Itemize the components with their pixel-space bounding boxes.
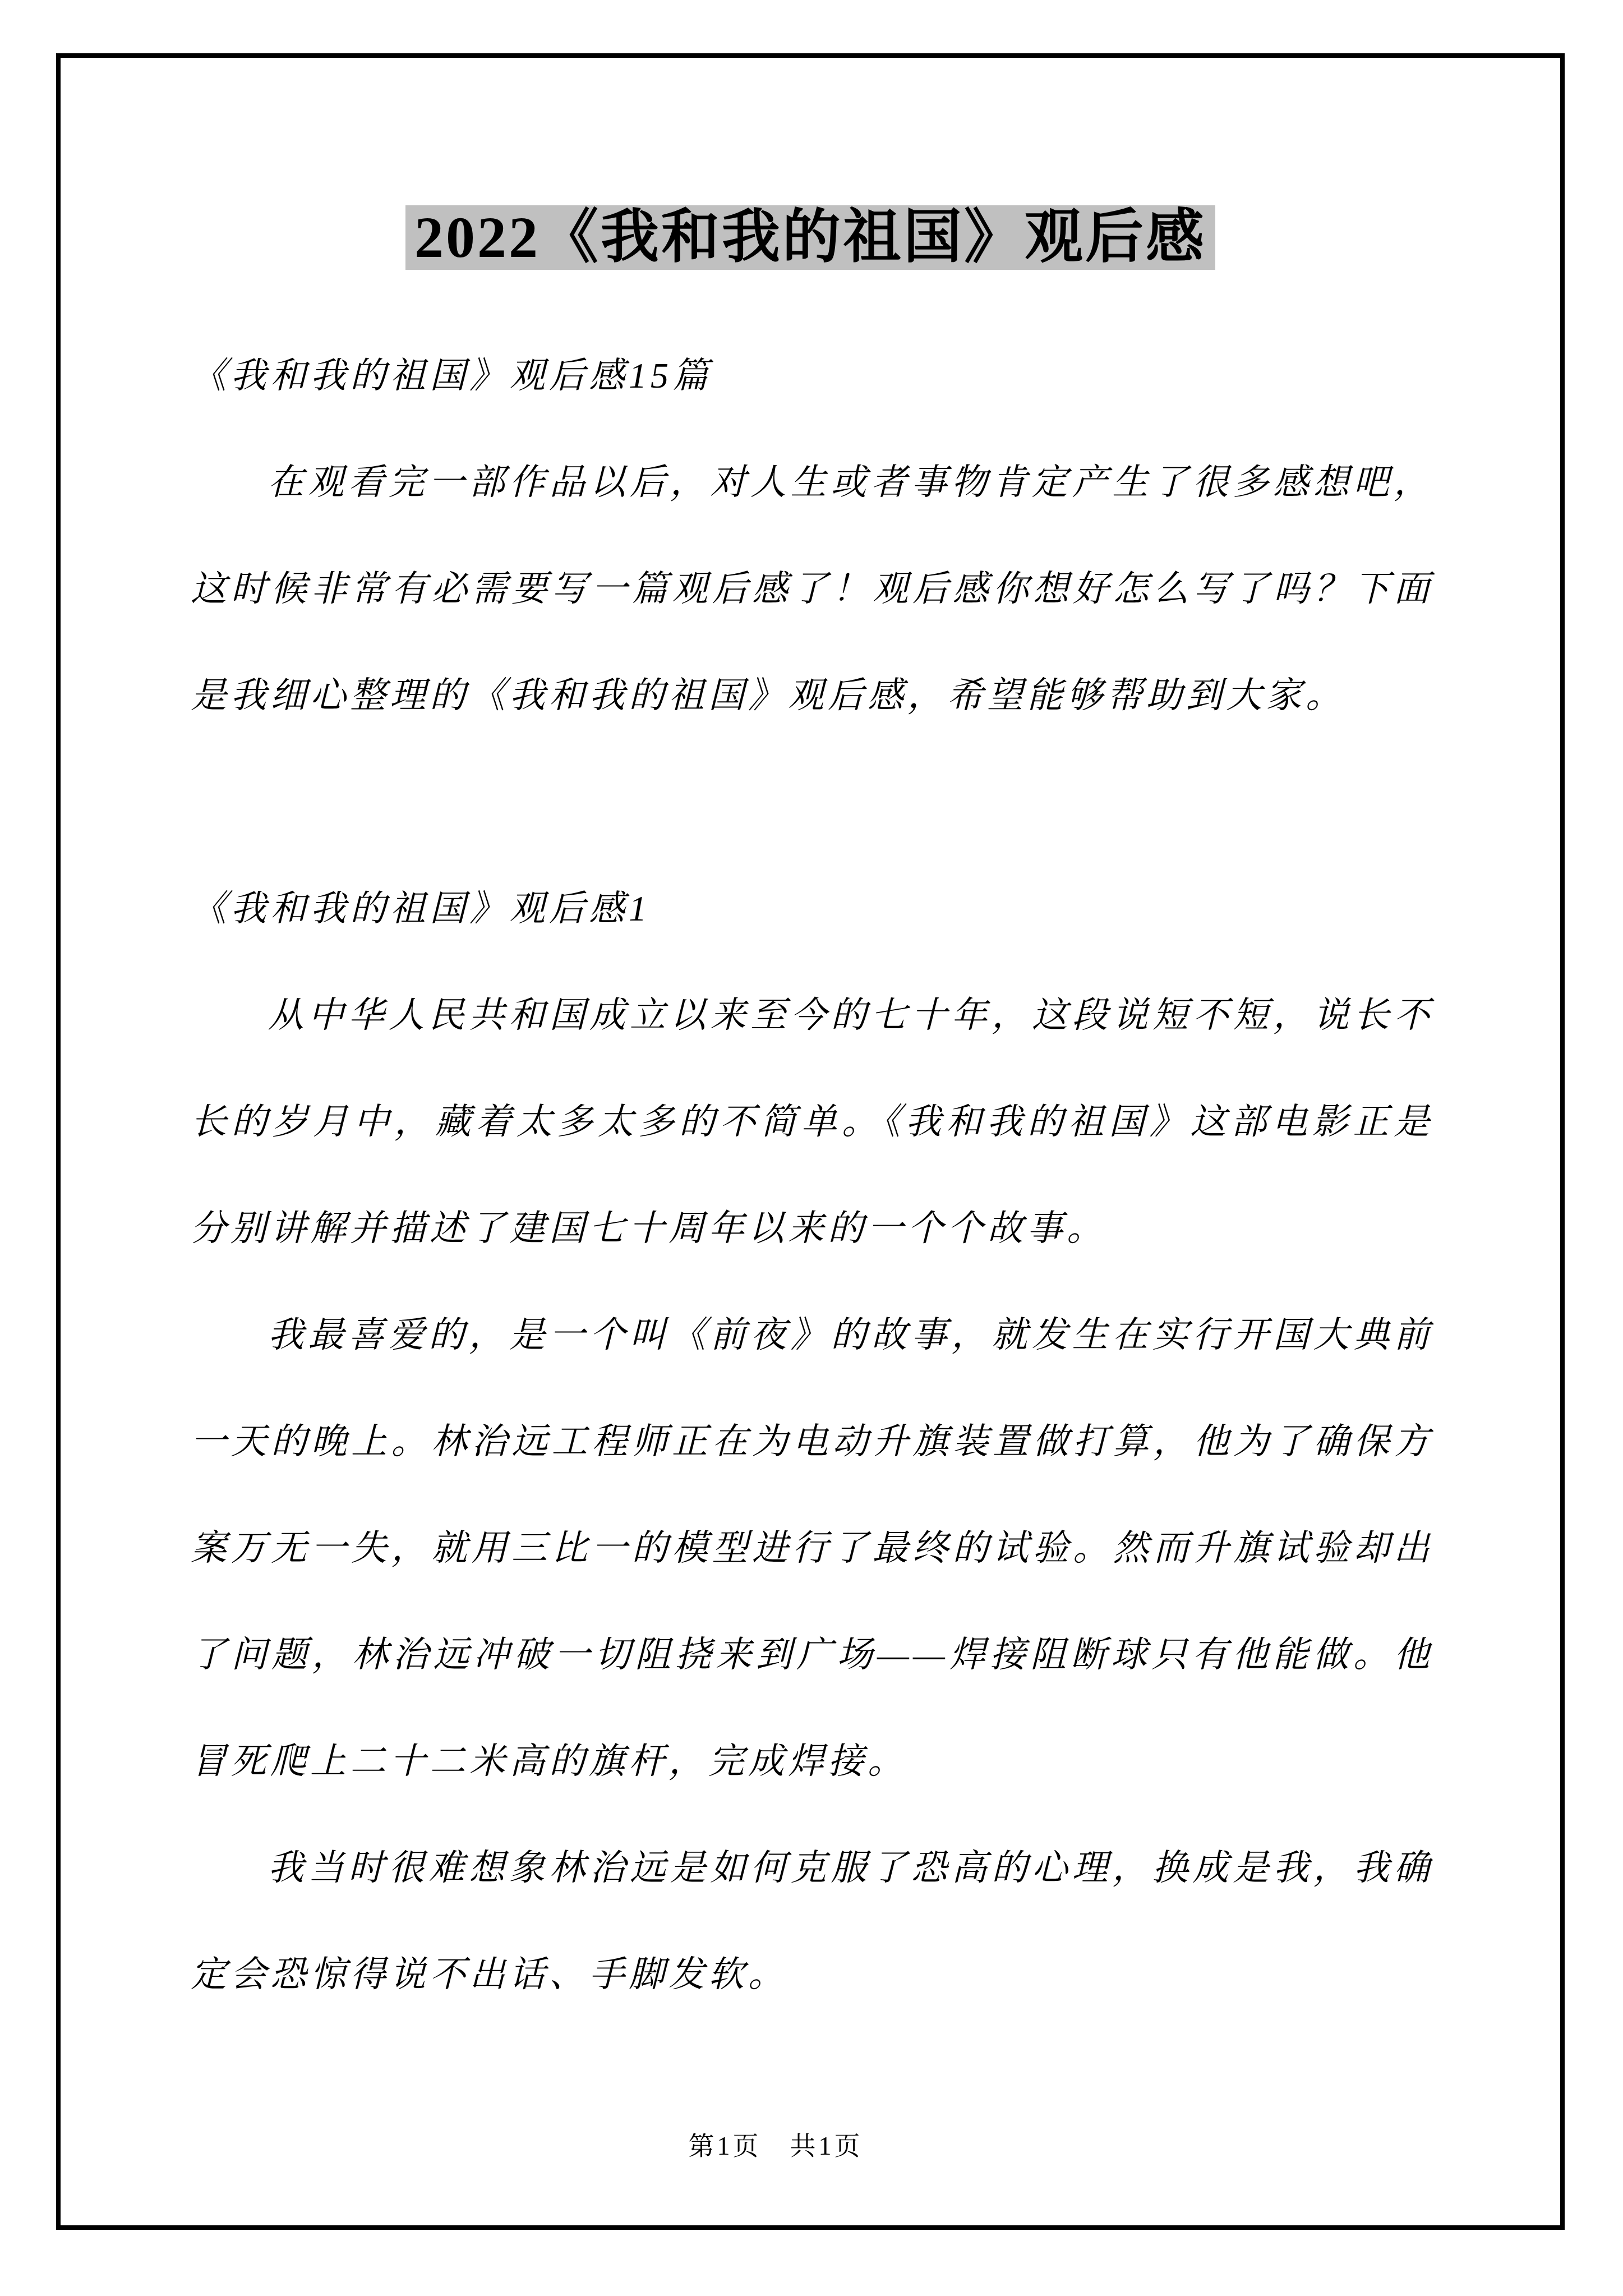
intro-paragraph: 在观看完一部作品以后，对人生或者事物肯定产生了很多感想吧，这时候非常有必需要写一… [191,429,1433,749]
document-body: 《我和我的祖国》观后感15篇 在观看完一部作品以后，对人生或者事物肯定产生了很多… [191,323,1433,2028]
document-page-frame: 2022《我和我的祖国》观后感 《我和我的祖国》观后感15篇 在观看完一部作品以… [56,53,1565,2230]
page-footer: 第1页 共1页 [26,2125,1525,2162]
body-paragraph-3: 我当时很难想象林治远是如何克服了恐高的心理，换成是我，我确定会恐惊得说不出话、手… [191,1815,1433,2028]
title-highlight: 2022《我和我的祖国》观后感 [405,205,1215,270]
body-paragraph-2: 我最喜爱的，是一个叫《前夜》的故事，就发生在实行开国大典前一天的晚上。林治远工程… [191,1282,1433,1815]
blank-line [191,749,1433,855]
section-heading: 《我和我的祖国》观后感1 [191,855,1433,962]
page-title: 2022《我和我的祖国》观后感 [61,198,1560,278]
subtitle: 《我和我的祖国》观后感15篇 [191,323,1433,429]
body-paragraph-1: 从中华人民共和国成立以来至今的七十年，这段说短不短，说长不长的岁月中，藏着太多太… [191,962,1433,1282]
page-number-label: 第1页 共1页 [689,2132,863,2160]
